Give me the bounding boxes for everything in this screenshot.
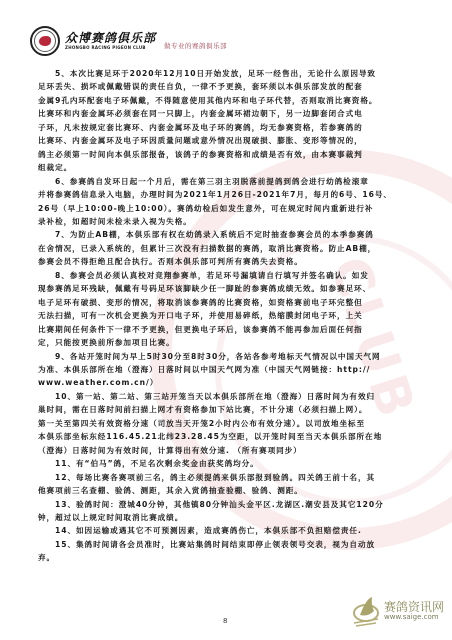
text-line: 第一关至第四关有效资格分速（司放当天开笼2小时内公布有效分速）。以司放地坐标至 [21, 417, 422, 430]
text-line: 钟，超过以上规定时间取消比赛成绩。 [21, 511, 422, 524]
text-line: 10、第一站、第二站、第三站开笼当天以本俱乐部所在地（澄海）日落时间为有效归 [38, 390, 422, 403]
weather-link-text: www.weather.com.cn/） [21, 376, 422, 389]
rule-paragraph-13: 13、验鸽时间：澄城40分钟，其他镇80分钟汕头金平区.龙湖区.潮安县及其它12… [38, 498, 422, 525]
text-line: 比赛期间任何条件下一律不予更换，但更换电子环后，该参赛鸽不能再参加后面任何指 [21, 323, 422, 336]
pigeon-icon [39, 36, 51, 46]
text-line: 5、本次比赛足环于2020年12月10日开始发放，足环一经售出，无论什么原因导致 [38, 67, 422, 80]
text-line: 子环，凡未按规定套比赛环、内套金属环及电子环的赛鸽，均无参赛资格，若参赛鸽的 [21, 121, 422, 134]
rule-paragraph-7: 7、为防止AB棚，本俱乐部有权在幼鸽录入系统后不定时抽查参赛会员的本季参赛鸽 在… [38, 228, 422, 268]
text-line: （澄海）日落时间为有效时间，计算得出有效分速. （所有赛项同步） [21, 444, 422, 457]
text-line: 15、集鸽时间请各会员准时，比赛站集鸽时间结束即停止领表领号交表，视为自动放 [38, 538, 422, 551]
text-line: 录补检，如超时间未检未录入视为失格。 [21, 215, 422, 228]
text-line: 12、每场比赛各赛项前三名，鸽主必须提鸽来俱乐部报到验鸽。四关鸽王前十名，其 [38, 471, 422, 484]
rules-content: 5、本次比赛足环于2020年12月10日开始发放，足环一经售出，无论什么原因导致… [38, 67, 422, 565]
text-line: 定，只能按更换前所参加项目比赛。 [21, 336, 422, 349]
rule-paragraph-14: 14、如因运输或遇其它不可预测因素，造成赛鸽伤亡，本俱乐部不负担赔偿责任. [38, 524, 422, 537]
source-name-cn: 赛鸽资讯网 [384, 601, 444, 613]
text-line: 现参赛鸽足环残缺，佩戴有号码足环该脚缺少任一脚趾的参赛鸽成绩无效。如参赛足环、 [21, 282, 422, 295]
rule-paragraph-11: 11、有“伯马”鸽，不足名次剩余奖金由获奖鸽均分。 [38, 457, 422, 470]
rule-paragraph-5: 5、本次比赛足环于2020年12月10日开始发放，足环一经售出，无论什么原因导致… [38, 67, 422, 175]
text-line: 在舍情况，已录入系统的，但累计三次没有扫描数据的赛鸽，取消比赛资格。防止AB棚， [21, 242, 422, 255]
text-line: 巢时间，需在日落时间前扫描上网才有资格参加下站比赛，不计分速（必须扫描上网）。 [21, 403, 422, 416]
text-line: 比赛环和内套金属环必须套在同一只脚上，内套金属环裙边朝下，另一边脚套闭合式电 [21, 107, 422, 120]
text-line: 为准、本俱乐部所在地（澄海）日落时间以中国天气网为准（中国天气网链接：http:… [21, 363, 422, 376]
pigeon-logo-icon [352, 593, 382, 629]
text-line: 9、各站开笼时间为早上5时30分至8时30分，各站各参考地标天气情况以中国天气网 [38, 350, 422, 363]
club-name-en: ZHONGBO RACING PIGEON CLUB [65, 46, 156, 50]
text-line: 足环丢失、损坏或佩戴错误的责任自负，一律不予更换，套环须以本俱乐部发放的配套 [21, 80, 422, 93]
text-line: 7、为防止AB棚，本俱乐部有权在幼鸽录入系统后不定时抽查参赛会员的本季参赛鸽 [38, 228, 422, 241]
rule-paragraph-10: 10、第一站、第二站、第三站开笼当天以本俱乐部所在地（澄海）日落时间为有效归 巢… [38, 390, 422, 457]
text-line: 本俱乐部坐标东经116.45.21北纬23.28.45为空距，以开笼时间至当天本… [21, 430, 422, 443]
rule-paragraph-15: 15、集鸽时间请各会员准时，比赛站集鸽时间结束即停止领表领号交表，视为自动放 弃… [38, 538, 422, 565]
text-line: 26号（早上10:00-晚上10:00）。赛鸽幼检后如发生意外，可在规定时间内重… [21, 202, 422, 215]
text-line: 13、验鸽时间：澄城40分钟，其他镇80分钟汕头金平区.龙湖区.潮安县及其它12… [38, 498, 422, 511]
text-line: 11、有“伯马”鸽，不足名次剩余奖金由获奖鸽均分。 [38, 457, 422, 470]
source-watermark-text: 赛鸽资讯网 www.saige.com [384, 601, 444, 621]
text-line: 6、参赛鸽自发环日起一个月后，需在第三羽主羽脱落前提鸽到鸽会进行幼鸽检滚章 [38, 175, 422, 188]
club-logo-icon [30, 26, 60, 56]
text-line: 比赛环、内套金属环及电子环因质量问题或意外情况出现破损、膨胀、变形等情况的， [21, 134, 422, 147]
rule-paragraph-8: 8、参赛会员必须认真校对竞翔参赛单，若足环号漏填请自行填写并签名确认。如发 现参… [38, 269, 422, 350]
text-line: 弃。 [21, 551, 422, 564]
text-line: 无法扫描，可有一次机会更换为开口电子环，并使用易碎纸，热缩膜封闭电子环，上关 [21, 309, 422, 322]
text-line: 电子足环有破损、变形的情况，将取消该参赛鸽的比赛资格，如资格赛前电子环完整但 [21, 296, 422, 309]
text-line: 组裁定。 [21, 161, 422, 174]
club-slogan: 做专业的赛鸽俱乐部 [164, 41, 227, 50]
text-line: 并将参赛鸽信息录入电脑，办理时间为2021年1月26日-2021年7月，每月的6… [21, 188, 422, 201]
club-name-cn: 众博赛鸽俱乐部 [65, 32, 156, 44]
text-line: 金属9孔内环配套电子环佩戴，不得随意使用其他内环和电子环代替，否则取消比赛资格。 [21, 94, 422, 107]
text-line: 参赛会员不得拒绝且配合执行。否则本俱乐部可判所有赛鸽失去资格。 [21, 255, 422, 268]
text-line: 鸽主必须第一时间向本俱乐部报备，该鸽子的参赛资格和成绩是否有效，由本赛事裁判 [21, 148, 422, 161]
rule-paragraph-9: 9、各站开笼时间为早上5时30分至8时30分，各站各参考地标天气情况以中国天气网… [38, 350, 422, 390]
rule-paragraph-6: 6、参赛鸽自发环日起一个月后，需在第三羽主羽脱落前提鸽到鸽会进行幼鸽检滚章 并将… [38, 175, 422, 229]
rule-paragraph-12: 12、每场比赛各赛项前三名，鸽主必须提鸽来俱乐部报到验鸽。四关鸽王前十名，其 他… [38, 471, 422, 498]
text-line: 8、参赛会员必须认真校对竞翔参赛单，若足环号漏填请自行填写并签名确认。如发 [38, 269, 422, 282]
text-line: 14、如因运输或遇其它不可预测因素，造成赛鸽伤亡，本俱乐部不负担赔偿责任. [38, 524, 422, 537]
club-brand: 众博赛鸽俱乐部 ZHONGBO RACING PIGEON CLUB [65, 32, 156, 50]
source-watermark: 赛鸽资讯网 www.saige.com [352, 593, 444, 629]
text-line: 他赛项前三名查棚、验鸽、测距，其余入赏鸽抽查验棚、验鸽、测距。 [21, 484, 422, 497]
document-header: 众博赛鸽俱乐部 ZHONGBO RACING PIGEON CLUB 做专业的赛… [30, 24, 227, 58]
page-number: 8 [223, 617, 227, 625]
source-url: www.saige.com [384, 614, 444, 621]
